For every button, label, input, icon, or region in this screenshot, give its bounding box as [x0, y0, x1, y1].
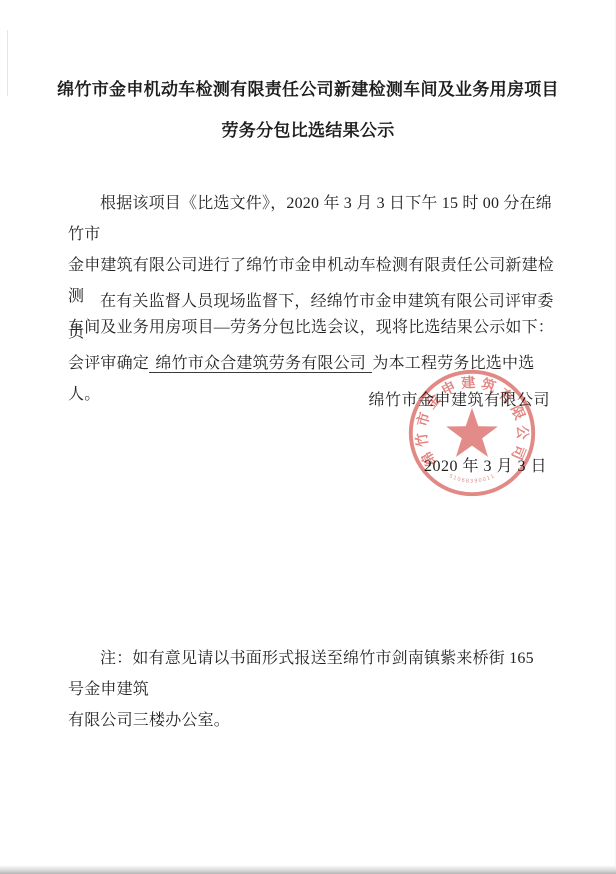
title-line-1: 绵竹市金申机动车检测有限责任公司新建检测车间及业务用房项目	[0, 70, 616, 111]
signature-company: 绵竹市金申建筑有限公司	[0, 385, 550, 416]
scan-bottom-shadow	[0, 866, 616, 874]
footer-note-line-2: 有限公司三楼办公室。	[68, 705, 554, 736]
paragraph-2-line-1: 在有关监督人员现场监督下，经绵竹市金申建筑有限公司评审委员	[68, 286, 554, 348]
footer-note-line-1: 注：如有意见请以书面形式报送至绵竹市剑南镇紫来桥街 165 号金申建筑	[68, 643, 554, 705]
footer-note: 注：如有意见请以书面形式报送至绵竹市剑南镇紫来桥街 165 号金申建筑 有限公司…	[68, 643, 554, 736]
document-page: 绵竹市金申机动车检测有限责任公司新建检测车间及业务用房项目 劳务分包比选结果公示…	[0, 0, 616, 874]
paragraph-1-line-1: 根据该项目《比选文件》，2020 年 3 月 3 日下午 15 时 00 分在绵…	[68, 188, 554, 250]
winner-company-underlined: 绵竹市众合建筑劳务有限公司	[149, 355, 372, 373]
signature-date: 2020 年 3 月 3 日	[0, 451, 547, 482]
title-line-2: 劳务分包比选结果公示	[0, 111, 616, 152]
winner-prefix: 会评审确定	[68, 355, 149, 372]
document-title: 绵竹市金申机动车检测有限责任公司新建检测车间及业务用房项目 劳务分包比选结果公示	[0, 70, 616, 152]
